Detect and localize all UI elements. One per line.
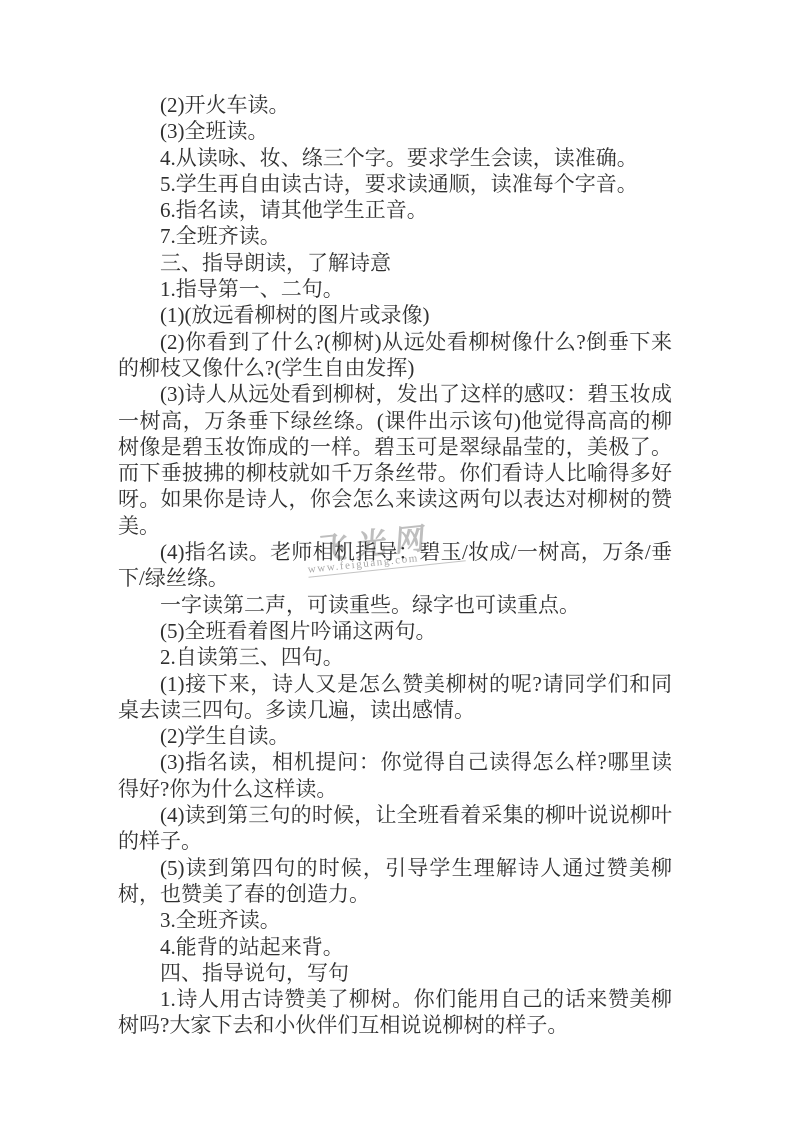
paragraph: (4)读到第三句的时候，让全班看着采集的柳叶说说柳叶的样子。	[118, 802, 672, 855]
paragraph: 1.诗人用古诗赞美了柳树。你们能用自己的话来赞美柳树吗?大家下去和小伙伴们互相说…	[118, 986, 672, 1039]
paragraph: (5)读到第四句的时候，引导学生理解诗人通过赞美柳树，也赞美了春的创造力。	[118, 855, 672, 908]
paragraph: (1)接下来，诗人又是怎么赞美柳树的呢?请同学们和同桌去读三四句。多读几遍，读出…	[118, 671, 672, 724]
paragraph: 6.指名读，请其他学生正音。	[118, 197, 672, 223]
paragraph: (5)全班看着图片吟诵这两句。	[118, 618, 672, 644]
paragraph: 1.指导第一、二句。	[118, 276, 672, 302]
paragraph: (3)指名读，相机提问：你觉得自己读得怎么样?哪里读得好?你为什么这样读。	[118, 749, 672, 802]
paragraph: (2)你看到了什么?(柳树)从远处看柳树像什么?倒垂下来的柳枝又像什么?(学生自…	[118, 329, 672, 382]
document-body: (2)开火车读。 (3)全班读。 4.从读咏、妆、绦三个字。要求学生会读，读准确…	[118, 92, 672, 1039]
paragraph: (2)学生自读。	[118, 723, 672, 749]
paragraph: 一字读第二声，可读重些。绿字也可读重点。	[118, 592, 672, 618]
paragraph: 2.自读第三、四句。	[118, 644, 672, 670]
paragraph: (3)诗人从远处看到柳树，发出了这样的感叹：碧玉妆成一树高，万条垂下绿丝绦。(课…	[118, 381, 672, 539]
paragraph: (4)指名读。老师相机指导：碧玉/妆成/一树高，万条/垂下/绿丝绦。	[118, 539, 672, 592]
paragraph: 4.能背的站起来背。	[118, 934, 672, 960]
paragraph: 3.全班齐读。	[118, 907, 672, 933]
section-heading: 四、指导说句，写句	[118, 960, 672, 986]
section-heading: 三、指导朗读，了解诗意	[118, 250, 672, 276]
paragraph: (2)开火车读。	[118, 92, 672, 118]
paragraph: 5.学生再自由读古诗，要求读通顺，读准每个字音。	[118, 171, 672, 197]
paragraph: 4.从读咏、妆、绦三个字。要求学生会读，读准确。	[118, 145, 672, 171]
paragraph: 7.全班齐读。	[118, 223, 672, 249]
document-page: 飞光网 www.feiguang.com (2)开火车读。 (3)全班读。 4.…	[0, 0, 793, 1122]
paragraph: (3)全班读。	[118, 118, 672, 144]
paragraph: (1)(放远看柳树的图片或录像)	[118, 302, 672, 328]
